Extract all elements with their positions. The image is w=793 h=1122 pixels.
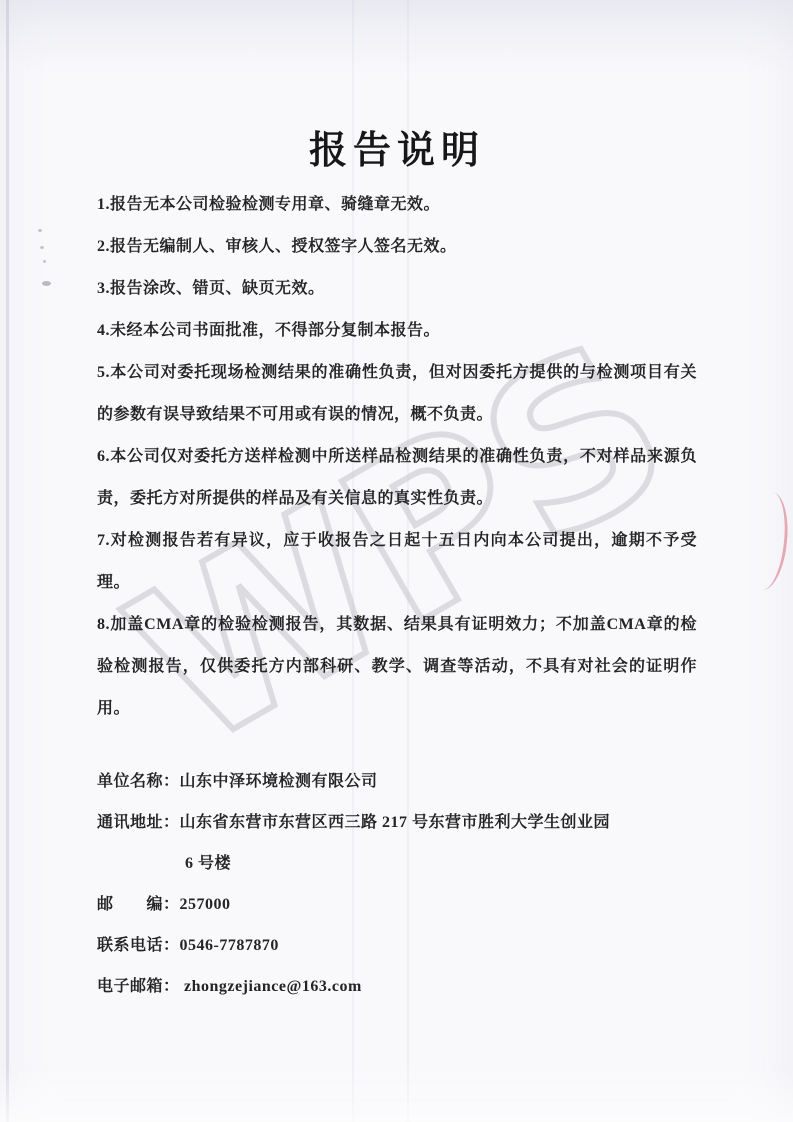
note-item-8: 8.加盖CMA章的检验检测报告，其数据、结果具有证明效力；不加盖CMA章的检验检…: [97, 604, 697, 730]
contact-row-postcode: 邮 编：257000: [97, 884, 697, 925]
note-item-4: 4.未经本公司书面批准，不得部分复制本报告。: [97, 310, 697, 352]
contact-row-phone: 联系电话：0546-7787870: [97, 925, 697, 966]
contact-label: 电子邮箱：: [97, 978, 180, 995]
contact-info: 单位名称：山东中泽环境检测有限公司 通讯地址：山东省东营市东营区西三路 217 …: [97, 761, 697, 1007]
note-item-7: 7.对检测报告若有异议，应于收报告之日起十五日内向本公司提出，逾期不予受理。: [97, 520, 697, 604]
contact-row-address: 通讯地址：山东省东营市东营区西三路 217 号东营市胜利大学生创业园: [97, 802, 697, 843]
contact-label: 单位名称：: [97, 773, 180, 790]
contact-row-address-line2: 6 号楼: [97, 843, 697, 884]
contact-value: 山东中泽环境检测有限公司: [180, 773, 378, 790]
contact-row-email: 电子邮箱： zhongzejiance@163.com: [97, 966, 697, 1007]
contact-value: 6 号楼: [185, 855, 231, 872]
notes-list: 1.报告无本公司检验检测专用章、骑缝章无效。 2.报告无编制人、审核人、授权签字…: [97, 184, 697, 730]
contact-label: 邮 编：: [97, 896, 180, 913]
note-item-2: 2.报告无编制人、审核人、授权签字人签名无效。: [97, 226, 697, 268]
scan-artifact-bottom-glow: [0, 1067, 793, 1122]
scanned-report-page: WPS 报告说明 1.报告无本公司检验检测专用章、骑缝章无效。 2.报告无编制人…: [0, 0, 793, 1122]
contact-value: 山东省东营市东营区西三路 217 号东营市胜利大学生创业园: [180, 814, 611, 831]
contact-value: 257000: [180, 896, 231, 913]
contact-value: 0546-7787870: [180, 937, 279, 954]
contact-value: zhongzejiance@163.com: [180, 978, 362, 995]
contact-label: 通讯地址：: [97, 814, 180, 831]
contact-row-company: 单位名称：山东中泽环境检测有限公司: [97, 761, 697, 802]
page-title: 报告说明: [97, 0, 697, 176]
note-item-1: 1.报告无本公司检验检测专用章、骑缝章无效。: [97, 184, 697, 226]
note-item-3: 3.报告涂改、错页、缺页无效。: [97, 268, 697, 310]
note-item-5: 5.本公司对委托现场检测结果的准确性负责，但对因委托方提供的与检测项目有关的参数…: [97, 352, 697, 436]
document-content: 报告说明 1.报告无本公司检验检测专用章、骑缝章无效。 2.报告无编制人、审核人…: [0, 0, 793, 1007]
note-item-6: 6.本公司仅对委托方送样检测中所送样品检测结果的准确性负责，不对样品来源负责，委…: [97, 436, 697, 520]
contact-label: 联系电话：: [97, 937, 180, 954]
